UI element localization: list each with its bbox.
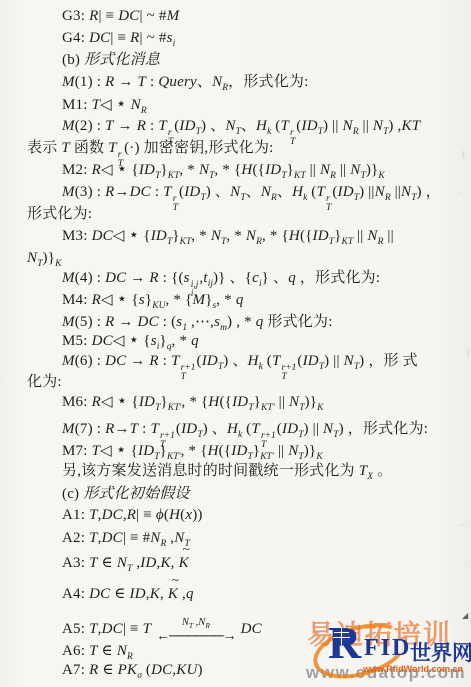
math-run: →: [114, 184, 129, 200]
watermark-rfid-url: www.RfidWorld.com.cn: [363, 664, 463, 674]
formula-line-A6: A6: T ∈ NR: [62, 641, 133, 661]
math-run: 表示: [27, 140, 61, 156]
math-run: ，形式化为:: [228, 74, 308, 90]
math-run: 另,该方案发送消息时的时间戳统一形式化为: [62, 463, 359, 479]
formula-line-M4-msg: M(4) : DC → R : {(si,ji,tij)} 、{ci} 、q ，…: [62, 268, 380, 288]
math-run: T: [143, 621, 152, 637]
math-run: T: [359, 463, 368, 479]
math-run: 、: [197, 74, 212, 90]
scan-artifact: 丨: [463, 345, 471, 360]
math-run: A4:: [62, 586, 89, 602]
math-run: 化为:: [27, 374, 62, 390]
math-run: ||: [353, 228, 367, 244]
math-run: ||: [391, 184, 401, 200]
math-run: ID: [302, 118, 318, 134]
scan-artifact: ·: [458, 188, 461, 199]
math-run: ||: [359, 118, 373, 134]
math-run: {: [127, 443, 138, 459]
math-run: {: [127, 162, 138, 178]
scan-artifact: ‖: [462, 150, 465, 161]
math-run: KU: [176, 662, 197, 678]
math-run: ~K: [168, 584, 178, 604]
math-run: T: [138, 74, 147, 90]
math-run: DC: [102, 507, 123, 523]
math-run: 形式化消息: [84, 52, 160, 68]
math-run: :: [146, 118, 158, 134]
math-run: , * {: [165, 292, 192, 308]
math-run: ◁: [101, 162, 117, 178]
math-run: ID: [313, 228, 329, 244]
math-run: T: [89, 507, 98, 523]
math-run: KT: [180, 237, 192, 247]
math-run: K: [160, 555, 170, 571]
formula-line-G3: G3: R| ≡ DC| ~ #M: [62, 6, 179, 26]
math-run: R: [127, 507, 136, 523]
math-run: KT: [402, 118, 421, 134]
formula-line-M2-note: 表示 T 函数 TrT(·) 加密密钥,形式化为:: [27, 138, 274, 158]
math-run: , *: [172, 333, 192, 349]
math-run: (5) :: [75, 314, 105, 330]
math-run: T: [158, 118, 167, 134]
math-run: ID: [138, 443, 154, 459]
math-run: (c): [62, 486, 83, 502]
math-run: M4:: [62, 292, 92, 308]
math-run: N: [367, 228, 377, 244]
math-run: ⋆: [129, 225, 140, 244]
math-run: T: [272, 353, 281, 369]
math-run: DC: [102, 530, 123, 546]
math-run: T: [150, 421, 159, 437]
math-run: R: [149, 270, 158, 286]
math-run: ϕ: [156, 507, 164, 523]
math-run: ID: [179, 118, 195, 134]
math-run: , * {: [262, 228, 289, 244]
watermark-rfid-fid-text: FID: [364, 635, 411, 662]
math-run: ,⋯,: [187, 314, 214, 330]
math-run: 、: [246, 184, 261, 200]
math-run: ◁: [101, 292, 117, 308]
math-run: ⋆: [117, 391, 128, 410]
math-run: T: [130, 421, 139, 437]
math-run: (: [142, 662, 151, 678]
math-run: DC: [105, 353, 126, 369]
math-run: ||: [274, 443, 288, 459]
math-run: ID: [139, 394, 155, 410]
math-run: r+1T: [282, 364, 297, 381]
math-run: DC: [105, 270, 126, 286]
math-run: A6:: [62, 643, 89, 659]
math-run: N: [343, 118, 353, 134]
math-run: M6:: [62, 394, 92, 410]
math-run: ) , *: [227, 314, 256, 330]
math-run: ({: [219, 394, 232, 410]
math-run: Query: [158, 74, 197, 90]
math-run: N: [289, 394, 299, 410]
math-run: , *: [191, 228, 211, 244]
math-run: N: [27, 250, 37, 266]
math-run: N: [323, 421, 333, 437]
math-run: rT: [290, 129, 295, 146]
math-run: ，形式化为:: [296, 270, 380, 286]
math-run: ) ，形式化为:: [339, 421, 429, 437]
math-run: H: [289, 228, 300, 244]
math-run: ) 、: [201, 118, 225, 134]
math-run: , * {: [181, 394, 208, 410]
math-run: 。: [373, 463, 392, 479]
math-run: ) 、: [206, 184, 230, 200]
math-run: }: [160, 443, 167, 459]
math-run: M: [62, 421, 75, 437]
math-run: rT: [173, 195, 178, 212]
math-run: ||: [383, 228, 393, 244]
math-run: | ≡: [123, 621, 143, 637]
math-run: N: [401, 184, 411, 200]
math-run: (7) :: [75, 421, 105, 437]
math-run: rT: [326, 195, 331, 212]
math-run: →: [126, 270, 149, 286]
formula-line-M3-msg: M(3) : R→DC : TrT(IDT) 、NT、NR、Hk (TrT(ID…: [62, 182, 441, 202]
math-run: ◁: [100, 97, 116, 113]
math-run: (3) :: [75, 184, 105, 200]
math-run: ◁: [100, 443, 116, 459]
formula-line-M3: M3: DC◁ ⋆ {IDT}KT, * NT, * NR, * {H({IDT…: [62, 226, 394, 246]
math-run: DC: [102, 621, 123, 637]
formula-line-M6: M6: R◁ ⋆ {IDT}KT′, * {H({IDT}KT′ || NT)}…: [62, 392, 324, 412]
math-run: R: [141, 106, 147, 116]
formula-line-A3: A3: T ∈ NT ,ID,K, ~K: [62, 553, 189, 573]
math-run: ) ||: [359, 184, 375, 200]
math-run: R: [92, 292, 101, 308]
math-run: ) ，形 式: [359, 353, 418, 369]
math-run: (4) :: [75, 270, 105, 286]
math-run: : (: [159, 314, 176, 330]
formula-line-M7-msg: M(7) : R→T : Tr+1T(IDT) 、Hk (Tr+1T(IDT) …: [62, 419, 428, 439]
math-run: N: [131, 97, 141, 113]
math-run: DC: [92, 333, 113, 349]
math-run: (·) 加密密钥,形式化为:: [124, 140, 273, 156]
math-run: 形式化为:: [27, 206, 92, 222]
math-run: }: [160, 162, 167, 178]
math-run: H: [248, 353, 259, 369]
math-run: H: [227, 421, 238, 437]
math-run: T: [89, 621, 98, 637]
math-run: }: [172, 228, 179, 244]
math-run: ({: [300, 228, 313, 244]
math-run: DC: [89, 586, 110, 602]
math-run: | ~ #: [139, 8, 166, 24]
math-run: H: [241, 162, 252, 178]
math-run: ,: [171, 555, 179, 571]
math-run: q: [191, 333, 199, 349]
math-run: ⋆: [116, 440, 127, 459]
math-run: :: [159, 353, 171, 369]
math-run: , *: [179, 162, 199, 178]
math-run: N: [182, 617, 189, 628]
math-run: q: [236, 292, 244, 308]
math-run: M2:: [62, 162, 92, 178]
math-run: DC: [138, 314, 159, 330]
math-run: M: [62, 184, 75, 200]
formula-text-block: G3: R| ≡ DC| ~ #MG4: DC| ≡ R| ~ #si(b) 形…: [0, 0, 471, 687]
formula-line-A1: A1: T,DC,R| ≡ ϕ(H(x)): [62, 505, 203, 525]
math-run: ~K: [179, 553, 189, 573]
math-run: ID: [139, 162, 155, 178]
math-run: T: [92, 97, 101, 113]
math-run: } 、: [262, 270, 289, 286]
math-run: N: [344, 353, 354, 369]
formula-line-M7: M7: T◁ ⋆ {IDT}KT′, * {H({IDT}KT′ || NT)}…: [62, 441, 323, 461]
math-run: A2:: [62, 530, 89, 546]
math-run: M: [62, 118, 75, 134]
math-run: ◁: [113, 228, 129, 244]
math-run: ◁: [101, 394, 117, 410]
math-run: ⋆: [117, 159, 128, 178]
math-run: 、: [241, 118, 256, 134]
math-run: ) ，: [417, 184, 441, 200]
math-run: ID: [232, 394, 248, 410]
math-run: ,: [160, 586, 168, 602]
formula-line-M6-msg: M(6) : DC → R : Tr+1T(IDT) 、Hk (Tr+1T(ID…: [62, 351, 418, 371]
math-run: N: [261, 184, 271, 200]
math-run: 形式化初始假设: [83, 486, 189, 502]
math-run: M: [62, 314, 75, 330]
math-run: A7:: [62, 662, 89, 678]
math-run: M7:: [62, 443, 92, 459]
math-run: G3:: [62, 8, 89, 24]
math-run: T: [89, 530, 98, 546]
math-run: ) ||: [304, 421, 324, 437]
math-run: ID: [151, 228, 167, 244]
math-run: KT: [341, 237, 353, 247]
math-run: H: [292, 184, 303, 200]
math-run: DC: [130, 184, 151, 200]
math-run: r+1T: [181, 364, 196, 381]
math-run: ID: [338, 184, 354, 200]
math-run: ) ||: [324, 353, 344, 369]
math-run: T: [89, 555, 98, 571]
math-run: ) 、: [223, 353, 247, 369]
math-run: :: [138, 421, 150, 437]
math-run: N: [375, 184, 385, 200]
formula-line-M5: M5: DC◁ ⋆ {si}q, * q: [62, 331, 199, 351]
math-run: | ≡: [110, 30, 130, 46]
math-run: (: [263, 353, 272, 369]
math-run: ID: [202, 353, 218, 369]
math-run: ): [198, 662, 203, 678]
math-run: →: [126, 353, 149, 369]
math-run: DC: [118, 8, 139, 24]
math-run: G4:: [62, 30, 89, 46]
math-run: ID: [231, 443, 247, 459]
math-run: )}: [304, 443, 317, 459]
math-run: q: [186, 586, 194, 602]
math-run: →: [114, 118, 137, 134]
formula-line-A4: A4: DC ∈ ID,K, ~K ,q: [62, 584, 194, 604]
watermark-rfid-cn-text: 世界网: [410, 637, 471, 667]
math-run: :: [146, 74, 158, 90]
formula-line-A2: A2: T,DC| ≡ #NR ,NT: [62, 528, 190, 548]
math-run: M: [62, 353, 75, 369]
math-run: )}: [366, 162, 379, 178]
math-run: ◁: [113, 333, 129, 349]
watermark: 易迪拓培训 www.edatop.com R FID 世界网 www.RfidW…: [306, 606, 471, 687]
math-run: ) ||: [323, 118, 343, 134]
formula-line-section-c: (c) 形式化初始假设: [62, 484, 190, 504]
math-run: N: [350, 162, 360, 178]
formula-line-M6-note: 化为:: [27, 372, 62, 392]
math-run: K: [150, 586, 160, 602]
math-run: | ≡: [136, 507, 156, 523]
math-run: ID: [184, 184, 200, 200]
math-run: N: [150, 530, 160, 546]
math-run: }: [159, 333, 166, 349]
math-run: KU: [152, 301, 165, 311]
math-run: →: [114, 74, 137, 90]
math-run: {: [139, 333, 150, 349]
math-run: H: [169, 507, 180, 523]
math-run: N: [212, 74, 222, 90]
math-run: N: [199, 162, 209, 178]
math-run: {: [127, 394, 138, 410]
math-run: 、: [277, 184, 292, 200]
math-run: }: [254, 394, 261, 410]
math-run: H: [208, 443, 219, 459]
math-run: N: [230, 184, 240, 200]
math-run: N: [246, 228, 256, 244]
math-run: K: [317, 403, 323, 413]
math-run: K: [378, 171, 384, 181]
math-run: )): [192, 507, 202, 523]
math-run: ) 、: [203, 421, 227, 437]
math-run: N: [225, 118, 235, 134]
math-run: H: [256, 118, 267, 134]
math-run: ||: [275, 394, 289, 410]
math-run: K: [55, 259, 61, 269]
math-run: M3:: [62, 228, 92, 244]
math-run: KT: [168, 171, 180, 181]
math-run: N: [320, 162, 330, 178]
math-run: ∈: [98, 662, 117, 678]
math-run: T: [108, 140, 117, 156]
math-run: )}: [305, 394, 318, 410]
math-run: T: [61, 140, 70, 156]
math-run: | ≡: [98, 8, 118, 24]
math-run: T: [171, 353, 180, 369]
math-run: ||: [336, 162, 350, 178]
math-run: DC: [241, 621, 262, 637]
math-run: M5:: [62, 333, 92, 349]
math-run: ⋆: [116, 94, 127, 113]
math-run: , *: [226, 228, 246, 244]
math-run: R: [149, 353, 158, 369]
math-run: {: [127, 292, 138, 308]
math-run: M: [62, 74, 75, 90]
formula-line-M5-msg: M(5) : R → DC : (s1 ,⋯,sm) , * q 形式化为:: [62, 312, 333, 332]
math-run: N: [373, 118, 383, 134]
math-run: ID: [303, 353, 319, 369]
math-run: A1:: [62, 507, 89, 523]
math-run: T: [163, 184, 172, 200]
scanned-paper-page: G3: R| ≡ DC| ~ #MG4: DC| ≡ R| ~ #si(b) 形…: [0, 0, 471, 687]
math-run: ID: [140, 555, 156, 571]
math-run: 形式化为:: [263, 314, 332, 330]
formula-line-M2-msg: M(2) : T → R : TrT(IDT) 、NT、Hk (TrT(IDT)…: [62, 116, 420, 136]
math-run: ∈: [110, 586, 129, 602]
math-run: ∈: [98, 555, 117, 571]
formula-line-timestamp-note: 另,该方案发送消息时的时间戳统一形式化为 TX 。: [62, 461, 392, 481]
math-run: M: [62, 270, 75, 286]
math-run: )} 、{: [213, 270, 252, 286]
math-run: (2) :: [75, 118, 105, 134]
math-run: ∈: [98, 643, 117, 659]
math-run: }: [287, 162, 294, 178]
formula-line-M4: M4: R◁ ⋆ {s}KU, * {M}s, * q: [62, 290, 244, 310]
math-run: )}: [43, 250, 56, 266]
math-run: H: [208, 394, 219, 410]
math-run: ) ,: [388, 118, 401, 134]
math-run: T: [92, 443, 101, 459]
math-run: N: [117, 555, 127, 571]
formula-line-M1-msg: M(1) : R → T : Query、NR，形式化为:: [62, 72, 308, 92]
math-run: KT′: [168, 403, 182, 413]
math-run: (1) :: [75, 74, 105, 90]
math-run: ({: [252, 162, 265, 178]
math-run: , * {: [181, 443, 208, 459]
formula-line-M1: M1: T◁ ⋆ NR: [62, 95, 147, 115]
math-run: M: [192, 292, 205, 308]
scan-artifact: ⌐: [460, 520, 466, 531]
math-run: →: [114, 314, 137, 330]
math-run: {: [139, 228, 150, 244]
math-run: KT′: [261, 403, 275, 413]
shared-secret-double-arrow: NT ,NR←──────→: [156, 617, 236, 642]
formula-line-section-b: (b) 形式化消息: [62, 50, 160, 70]
math-run: KT: [294, 171, 306, 181]
math-run: q: [288, 270, 296, 286]
math-run: T: [89, 643, 98, 659]
math-run: ||: [306, 162, 320, 178]
math-run: (b): [62, 52, 84, 68]
math-run: : {(: [159, 270, 184, 286]
math-run: R: [137, 118, 146, 134]
math-run: DC: [92, 228, 113, 244]
math-run: ID: [282, 421, 298, 437]
math-run: 函数: [70, 140, 108, 156]
math-run: , *: [216, 292, 236, 308]
math-run: ID: [181, 421, 197, 437]
math-run: , * {: [214, 162, 241, 178]
math-run: N: [288, 443, 298, 459]
math-run: ⋆: [117, 289, 128, 308]
math-run: ({: [219, 443, 232, 459]
math-run: →: [114, 421, 129, 437]
math-run: N: [211, 228, 221, 244]
math-run: M: [167, 8, 180, 24]
math-run: A3:: [62, 555, 89, 571]
math-run: ID: [265, 162, 281, 178]
formula-line-A7: A7: R ∈ PKσ (DC,KU): [62, 660, 203, 680]
math-run: T: [251, 421, 260, 437]
math-run: R: [92, 394, 101, 410]
math-run: T: [316, 184, 325, 200]
math-run: i: [173, 39, 176, 49]
math-run: c: [252, 270, 259, 286]
formula-line-G4: G4: DC| ≡ R| ~ #si: [62, 28, 175, 48]
math-run: }: [205, 292, 212, 308]
math-run: T: [105, 118, 114, 134]
scan-artifact: ·: [464, 560, 467, 571]
math-run: :: [151, 184, 163, 200]
